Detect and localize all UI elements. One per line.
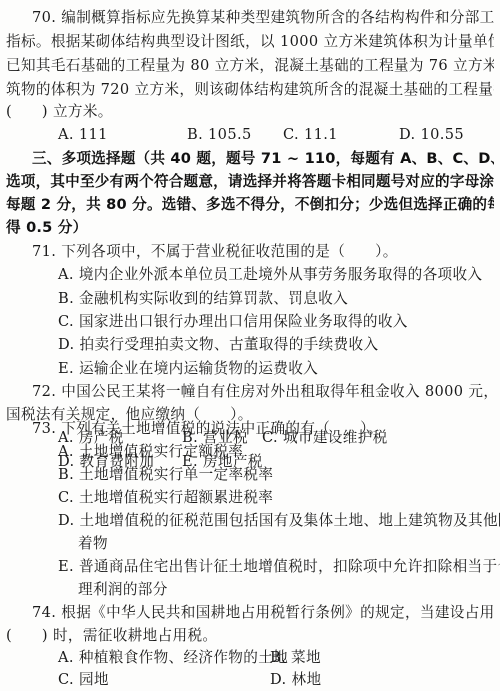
question-70-stem-line-3: 已知其毛石基础的工程量为 80 立方米，混凝土基础的工程量为 76 立方米，该建 xyxy=(6,54,494,77)
question-74-stem-line-2: ( ) 时，需征收耕地占用税。 xyxy=(6,624,494,647)
question-72-stem-line-1: 72. 中国公民王某将一幢自有住房对外出租取得年租金收入 8000 元，根据我 xyxy=(32,380,494,403)
question-73-option-b[interactable]: B. 土地增值税实行单一定率税率 xyxy=(58,463,273,486)
question-74-option-d[interactable]: D. 林地 xyxy=(270,668,321,691)
question-73-option-e-continued: 理利润的部分 xyxy=(78,578,168,601)
question-74-option-a[interactable]: A. 种植粮食作物、经济作物的土地 xyxy=(58,646,288,669)
question-73-option-d-continued: 着物 xyxy=(78,532,108,555)
question-70-stem-line-2: 指标。根据某砌体结构典型设计图纸，以 1000 立方米建筑体积为计量单位，并 xyxy=(6,30,494,53)
question-70-stem-line-1: 70. 编制概算指标应先换算某种类型建筑物所含的各结构构件和分部工程量 xyxy=(32,6,494,29)
question-70-option-c[interactable]: C. 11.1 xyxy=(283,123,338,146)
question-74-option-b[interactable]: B. 菜地 xyxy=(270,646,321,669)
question-73-stem: 73. 下列有关土地增值税的说法中正确的有（ ）。 xyxy=(32,417,494,440)
question-74-stem-line-1: 74. 根据《中华人民共和国耕地占用税暂行条例》的规定，当建设占用 xyxy=(32,601,494,624)
question-70-option-d[interactable]: D. 10.55 xyxy=(399,123,464,146)
question-70-option-a[interactable]: A. 111 xyxy=(58,123,108,146)
question-73-option-c[interactable]: C. 土地增值税实行超额累进税率 xyxy=(58,486,273,509)
question-71-stem: 71. 下列各项中，不属于营业税征收范围的是（ ）。 xyxy=(32,240,494,263)
question-70-stem-line-4: 筑物的体积为 720 立方米，则该砌体结构建筑所含的混凝土基础的工程量指标为 xyxy=(6,78,494,101)
question-73-option-a[interactable]: A. 土地增值税实行定额税率 xyxy=(58,440,243,463)
question-73-option-d[interactable]: D. 土地增值税的征税范围包括国有及集体土地、地上建筑物及其他附 xyxy=(58,509,500,532)
question-70-option-b[interactable]: B. 105.5 xyxy=(187,123,252,146)
question-70-stem-line-5: ( ) 立方米。 xyxy=(6,100,494,123)
question-71-option-a[interactable]: A. 境内企业外派本单位员工赴境外从事劳务服务取得的各项收入 xyxy=(58,263,482,286)
section-3-line-2: 选项，其中至少有两个符合题意，请选择并将答题卡相同题号对应的字母涂黑。 xyxy=(6,170,494,193)
question-71-option-c[interactable]: C. 国家进出口银行办理出口信用保险业务取得的收入 xyxy=(58,310,408,333)
exam-page: 70. 编制概算指标应先换算某种类型建筑物所含的各结构构件和分部工程量 指标。根… xyxy=(0,0,500,691)
question-71-option-e[interactable]: E. 运输企业在境内运输货物的运费收入 xyxy=(58,357,318,380)
section-3-line-3: 每题 2 分，共 80 分。选错、多选不得分，不倒扣分；少选但选择正确的每选项 xyxy=(6,193,494,216)
question-71-option-d[interactable]: D. 拍卖行受理拍卖文物、古董取得的手续费收入 xyxy=(58,333,378,356)
section-3-line-1: 三、多项选择题（共 40 题，题号 71 ~ 110，每题有 A、B、C、D、E… xyxy=(32,147,494,170)
section-3-line-4: 得 0.5 分） xyxy=(6,216,494,239)
question-71-option-b[interactable]: B. 金融机构实际收到的结算罚款、罚息收入 xyxy=(58,287,348,310)
question-74-option-c[interactable]: C. 园地 xyxy=(58,668,109,691)
question-73-option-e[interactable]: E. 普通商品住宅出售计征土地增值税时，扣除项中允许扣除相当于合 xyxy=(58,555,500,578)
